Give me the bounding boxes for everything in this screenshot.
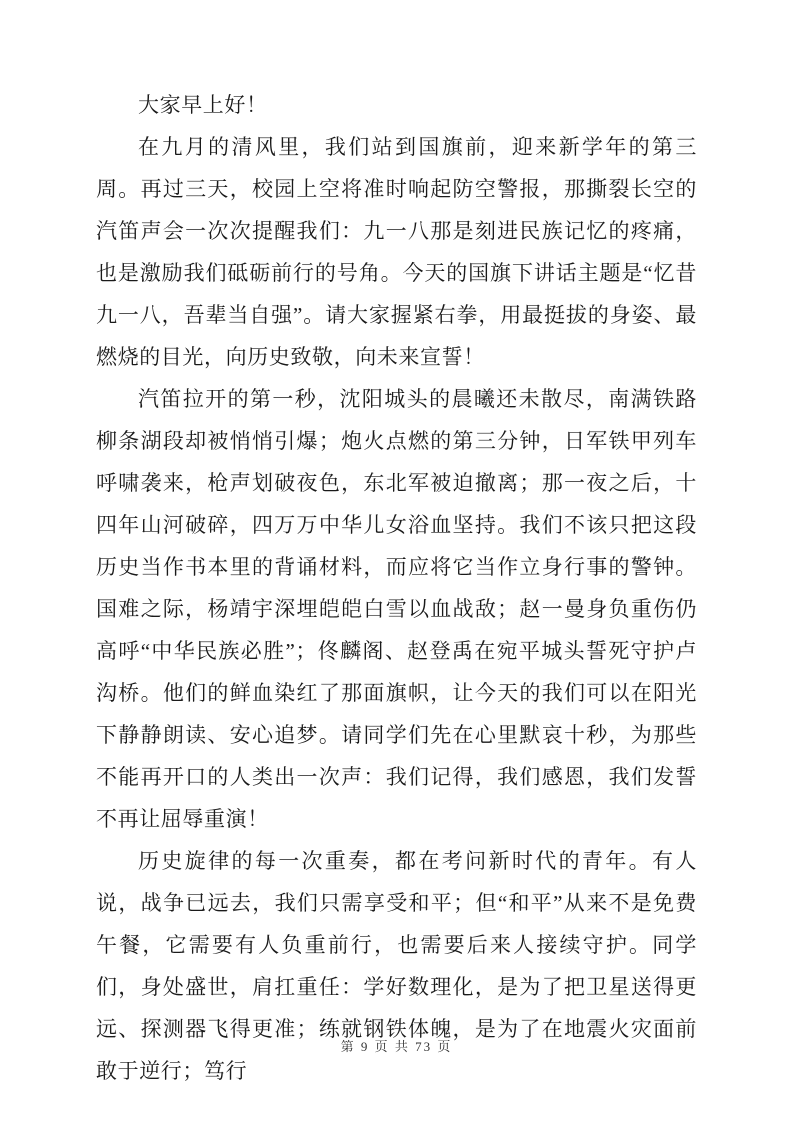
document-page: 大家早上好！ 在九月的清风里，我们站到国旗前，迎来新学年的第三周。再过三天，校园… — [0, 0, 793, 1122]
document-body: 大家早上好！ 在九月的清风里，我们站到国旗前，迎来新学年的第三周。再过三天，校园… — [96, 84, 697, 1092]
paragraph-history: 汽笛拉开的第一秒，沈阳城头的晨曦还未散尽，南满铁路柳条湖段却被悄悄引爆；炮火点燃… — [96, 378, 697, 840]
paragraph-intro: 在九月的清风里，我们站到国旗前，迎来新学年的第三周。再过三天，校园上空将准时响起… — [96, 126, 697, 378]
page-footer: 第 9 页 共 73 页 — [0, 1036, 793, 1055]
paragraph-greeting: 大家早上好！ — [96, 84, 697, 126]
page-number-text: 第 9 页 共 73 页 — [341, 1039, 453, 1054]
